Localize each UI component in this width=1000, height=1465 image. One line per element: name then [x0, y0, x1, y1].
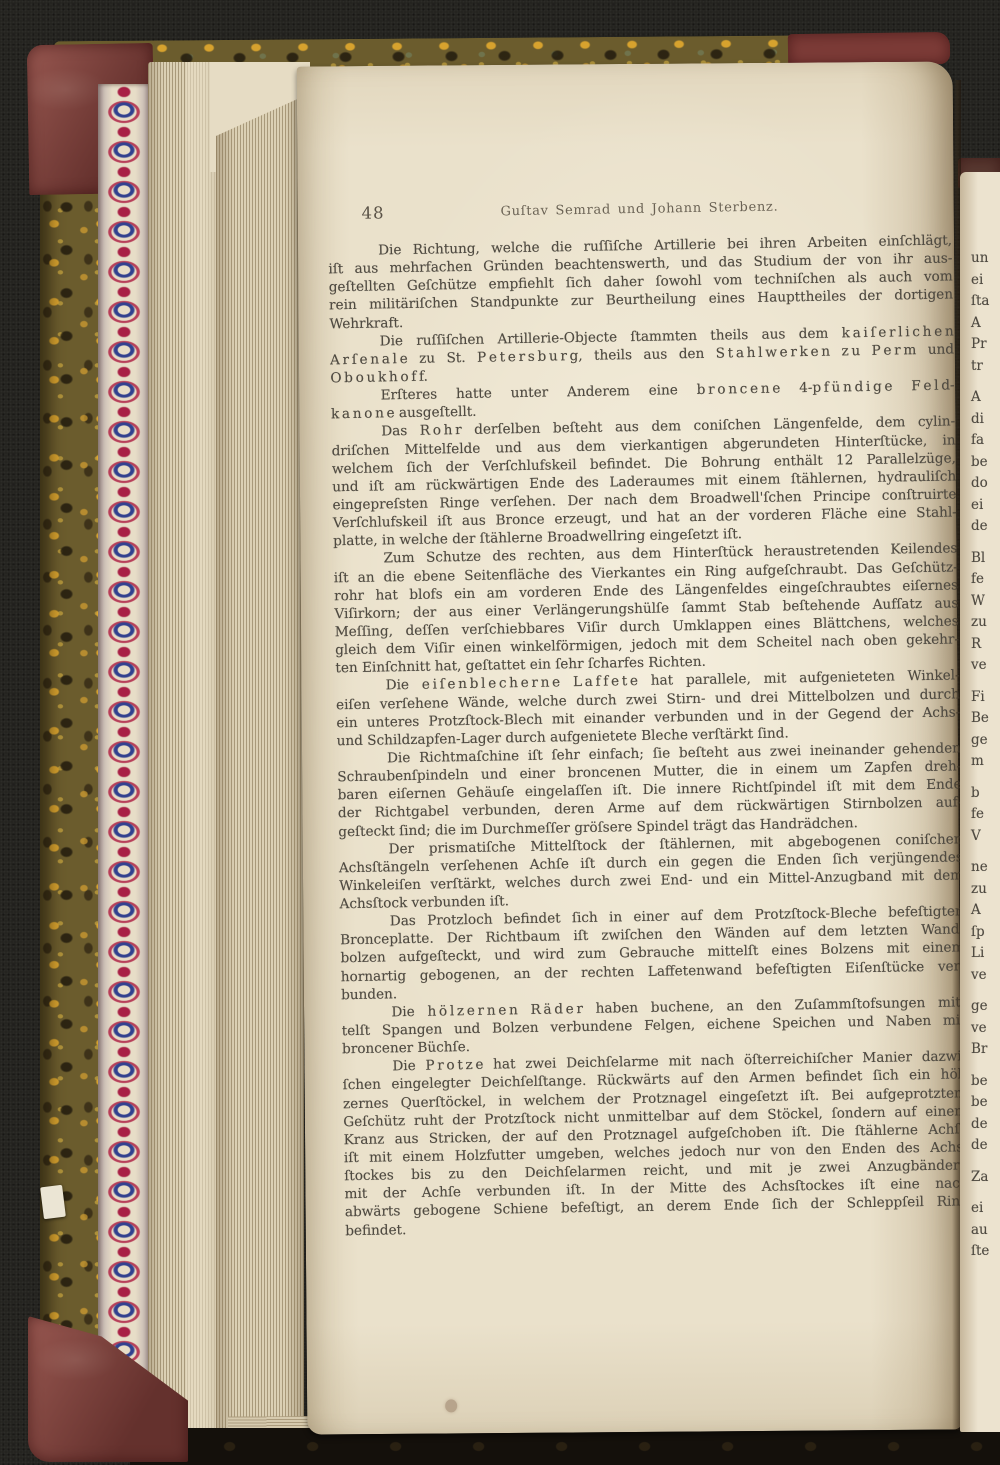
sliver-line: ve [971, 1018, 989, 1040]
next-page-sliver: uneiſtaAPrtrAdifabedoeideBlfeWzuRveFiBeg… [960, 172, 1000, 1432]
bottom-cover-shadow [130, 1428, 1000, 1465]
sliver-line: un [971, 248, 989, 270]
sliver-line: de [971, 1135, 989, 1157]
page-marker-tab [40, 1185, 66, 1219]
sliver-line: zu [971, 612, 989, 634]
sliver-line: A [971, 387, 989, 409]
sliver-line-group: BlfeWzuRve [971, 548, 989, 677]
sliver-line: Fi [971, 687, 989, 709]
sliver-line-group: Adifabedoeide [971, 387, 989, 538]
sliver-line: be [971, 1071, 989, 1093]
sliver-line-group: bfeV [971, 783, 989, 848]
sliver-line: Bl [971, 548, 989, 570]
sliver-line: ei [971, 1198, 989, 1220]
sliver-line: ge [971, 996, 989, 1018]
sliver-line: V [971, 826, 989, 848]
sliver-line: ne [971, 857, 989, 879]
sliver-line-group: geveBr [971, 996, 989, 1061]
running-header: Guſtav Semrad und Johann Sterbenz. [327, 196, 951, 222]
sliver-line: de [971, 1114, 989, 1136]
marbled-endpaper-strip [98, 84, 150, 1398]
next-page-text: uneiſtaAPrtrAdifabedoeideBlfeWzuRveFiBeg… [971, 248, 989, 1273]
sliver-line: Be [971, 708, 989, 730]
sliver-line: tr [971, 356, 989, 378]
sliver-line: di [971, 409, 989, 431]
sliver-line: Za [971, 1167, 989, 1189]
body-text: Die Richtung, welche die ruſſiſche Artil… [328, 231, 969, 1239]
sliver-line: Pr [971, 334, 989, 356]
book-photograph: 48 Guſtav Semrad und Johann Sterbenz. Di… [0, 0, 1000, 1465]
sliver-line-group: bebedede [971, 1071, 989, 1157]
paper-smudge [445, 1399, 457, 1412]
sliver-line: W [971, 591, 989, 613]
sliver-line: m [971, 751, 989, 773]
sliver-line-group: Za [971, 1167, 989, 1189]
sliver-line-group: FiBegem [971, 687, 989, 773]
sliver-line: A [971, 900, 989, 922]
sliver-line: de [971, 516, 989, 538]
sliver-line: ſta [971, 291, 989, 313]
sliver-line: be [971, 1092, 989, 1114]
sliver-line: fe [971, 569, 989, 591]
sliver-line: b [971, 783, 989, 805]
sliver-line: ve [971, 655, 989, 677]
sliver-line: ſte [971, 1241, 989, 1263]
sliver-line-group: uneiſtaAPrtr [971, 248, 989, 377]
sliver-line-group: eiauſte [971, 1198, 989, 1263]
sliver-line: fa [971, 430, 989, 452]
sliver-line: do [971, 473, 989, 495]
sliver-line: fe [971, 804, 989, 826]
sliver-line: Br [971, 1039, 989, 1061]
sliver-line: A [971, 313, 989, 335]
sliver-line: ve [971, 965, 989, 987]
sliver-line: ſp [971, 922, 989, 944]
page-edges-band-inner [216, 96, 304, 1438]
sliver-line: ge [971, 730, 989, 752]
sliver-line: ei [971, 270, 989, 292]
sliver-line: au [971, 1220, 989, 1242]
page-edges-highlight-leaf [186, 62, 216, 1442]
sliver-line: zu [971, 879, 989, 901]
printed-area: 48 Guſtav Semrad und Johann Sterbenz. Di… [327, 193, 969, 1239]
sliver-line: R [971, 634, 989, 656]
sliver-line: be [971, 452, 989, 474]
sliver-line: ei [971, 495, 989, 517]
book-page: 48 Guſtav Semrad und Johann Sterbenz. Di… [297, 61, 964, 1434]
sliver-line: Li [971, 943, 989, 965]
sliver-line-group: nezuAſpLive [971, 857, 989, 986]
